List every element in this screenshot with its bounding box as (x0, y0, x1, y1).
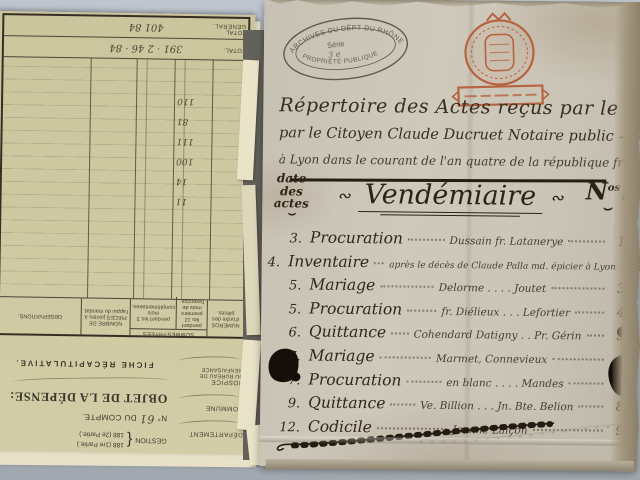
dotted-leader (391, 333, 408, 335)
commune-label: COMMUNE (171, 404, 243, 412)
stamp-serie-value: 3 e (328, 50, 342, 60)
dotted-leader (374, 262, 384, 264)
form-header-left-column: DÉPARTEMENT COMMUNE HOSPICE OU BUREAU DE… (169, 338, 251, 455)
title-line-1: Répertoire des Actes reçus par le (279, 94, 631, 120)
archive-oval-stamp: ARCHIVES DU DÉPT DU RHÔNE PROPRIÉTÉ PUBL… (276, 8, 415, 95)
centimes-rule (143, 59, 148, 298)
gestion-year-2: 188 (2e Partie.) (79, 431, 124, 439)
form-table-header: NUMÉROS d'ordre des pièces. SOMMES PAYÉE… (0, 296, 244, 337)
left-form-document: DÉPARTEMENT COMMUNE HOSPICE OU BUREAU DE… (0, 11, 255, 455)
manuscript-page: ARCHIVES DU DÉPT DU RHÔNE PROPRIÉTÉ PUBL… (260, 0, 640, 470)
total-general-handwritten-values: 401 84 (86, 21, 206, 34)
total-handwritten-values: 391 · 2 46 · 84 (86, 42, 206, 55)
torn-top-edge (264, 0, 630, 10)
handwritten-amounts-column: 11 14 100 111 81 110 (175, 91, 211, 212)
col-pieces-header: NOMBRE DE PIÈCES jointes à l'appui du ma… (80, 298, 130, 335)
dotted-leader (406, 380, 441, 382)
handwritten-amount: 11 (175, 191, 209, 212)
column-rule (87, 58, 92, 297)
date-column-header: date des actes ⌣ (268, 172, 314, 218)
sommes-sub1-label: pendant les 12 premiers mois de l'exerci… (176, 297, 207, 329)
objet-depense-label: OBJET DE LA DÉPENSE: (0, 389, 168, 407)
compte-no-label: N° (157, 414, 167, 423)
gestion-line: GESTION { 188 (1re Partie.) 188 (2e Part… (0, 428, 167, 450)
dotted-leader (552, 358, 603, 361)
dotted-leader (407, 309, 436, 311)
title-block: Répertoire des Actes reçus par le par le… (279, 94, 632, 170)
gestion-year-1: 188 (1re Partie.) (77, 440, 124, 448)
gestion-years: 188 (1re Partie.) 188 (2e Partie.) (77, 429, 124, 449)
hospice-handwritten-entry (179, 356, 240, 365)
register-rows: 3. Procuration Dussain fr. Latanerye 1. … (266, 228, 630, 444)
compte-no-handwritten: 61 (139, 413, 154, 426)
dotted-leader (578, 406, 603, 408)
form-header-main-column: GESTION { 188 (1re Partie.) 188 (2e Part… (0, 335, 170, 454)
sommes-sub2-label: pendant les 3 mois complémentaires. (130, 297, 176, 330)
dotted-leader (380, 356, 431, 359)
dotted-leader (568, 240, 605, 242)
col-sommes-header: SOMMES PAYÉES pendant les 12 premiers mo… (129, 299, 207, 336)
ragged-right-edge (610, 2, 640, 472)
dotted-leader (569, 382, 604, 384)
swash-left-icon: ∾ (329, 186, 359, 205)
gestion-brace: { (127, 430, 133, 448)
form-table-body: 11 14 100 111 81 110 (0, 57, 248, 300)
total-general-row: TOTAL GÉNÉRAL. 401 84 (4, 15, 248, 40)
compte-suffix: DU COMPTE. (81, 413, 136, 423)
handwritten-amount: 81 (177, 111, 211, 132)
stamp-serie-text: Série (327, 39, 345, 50)
sommes-payees-label: SOMMES PAYÉES (130, 329, 206, 339)
handwritten-amount: 111 (176, 131, 210, 152)
archive-photo: DÉPARTEMENT COMMUNE HOSPICE OU BUREAU DE… (0, 0, 640, 480)
handwritten-amount: 100 (176, 151, 210, 172)
swash-right-icon: ∾ (542, 188, 572, 207)
handwritten-amount: 14 (176, 171, 210, 192)
ink-blot (290, 372, 300, 381)
title-line-3: à Lyon dans le courant de l'an quatre de… (279, 152, 631, 170)
dotted-leader (380, 285, 433, 288)
form-table: NUMÉROS d'ordre des pièces. SOMMES PAYÉE… (0, 13, 250, 339)
fiche-recapitulative-label: FICHE RÉCAPITULATIVE. (0, 359, 168, 371)
dotted-leader (390, 404, 415, 406)
title-line-2: par le Citoyen Claude Ducruet Notaire pu… (279, 125, 631, 145)
dotted-leader (575, 311, 604, 313)
commune-handwritten-entry (178, 394, 239, 403)
department-label: DÉPARTEMENT (171, 430, 243, 438)
compte-line: N° 61 DU COMPTE. (0, 411, 167, 427)
total-label: TOTAL. (206, 46, 248, 53)
form-header: DÉPARTEMENT COMMUNE HOSPICE OU BUREAU DE… (0, 335, 250, 455)
handwritten-amount: 110 (177, 91, 211, 112)
total-general-label: TOTAL GÉNÉRAL. (206, 22, 248, 35)
dotted-leader (408, 239, 445, 241)
objet-handwritten-entry (13, 377, 168, 388)
dotted-leader (586, 335, 603, 337)
page-stack-bottom-edge (266, 459, 634, 471)
flourish-icon: ⌣ (268, 210, 314, 218)
dotted-leader (551, 287, 604, 290)
gestion-label: GESTION (135, 436, 167, 443)
column-rule (133, 59, 138, 298)
col-numeros-header: NUMÉROS d'ordre des pièces. (206, 300, 244, 337)
month-header: ∾Vendémiaire∾ (322, 179, 578, 215)
hospice-label: HOSPICE (172, 378, 244, 386)
register-header: date des actes ⌣ ∾Vendémiaire∾ Nos. ⌣ (262, 168, 639, 230)
department-handwritten-entry (178, 420, 239, 429)
col-observations-header: OBSERVATIONS. (0, 297, 81, 334)
hospice-sublabel: OU BUREAU DE BIENFAISANCE (172, 366, 244, 379)
